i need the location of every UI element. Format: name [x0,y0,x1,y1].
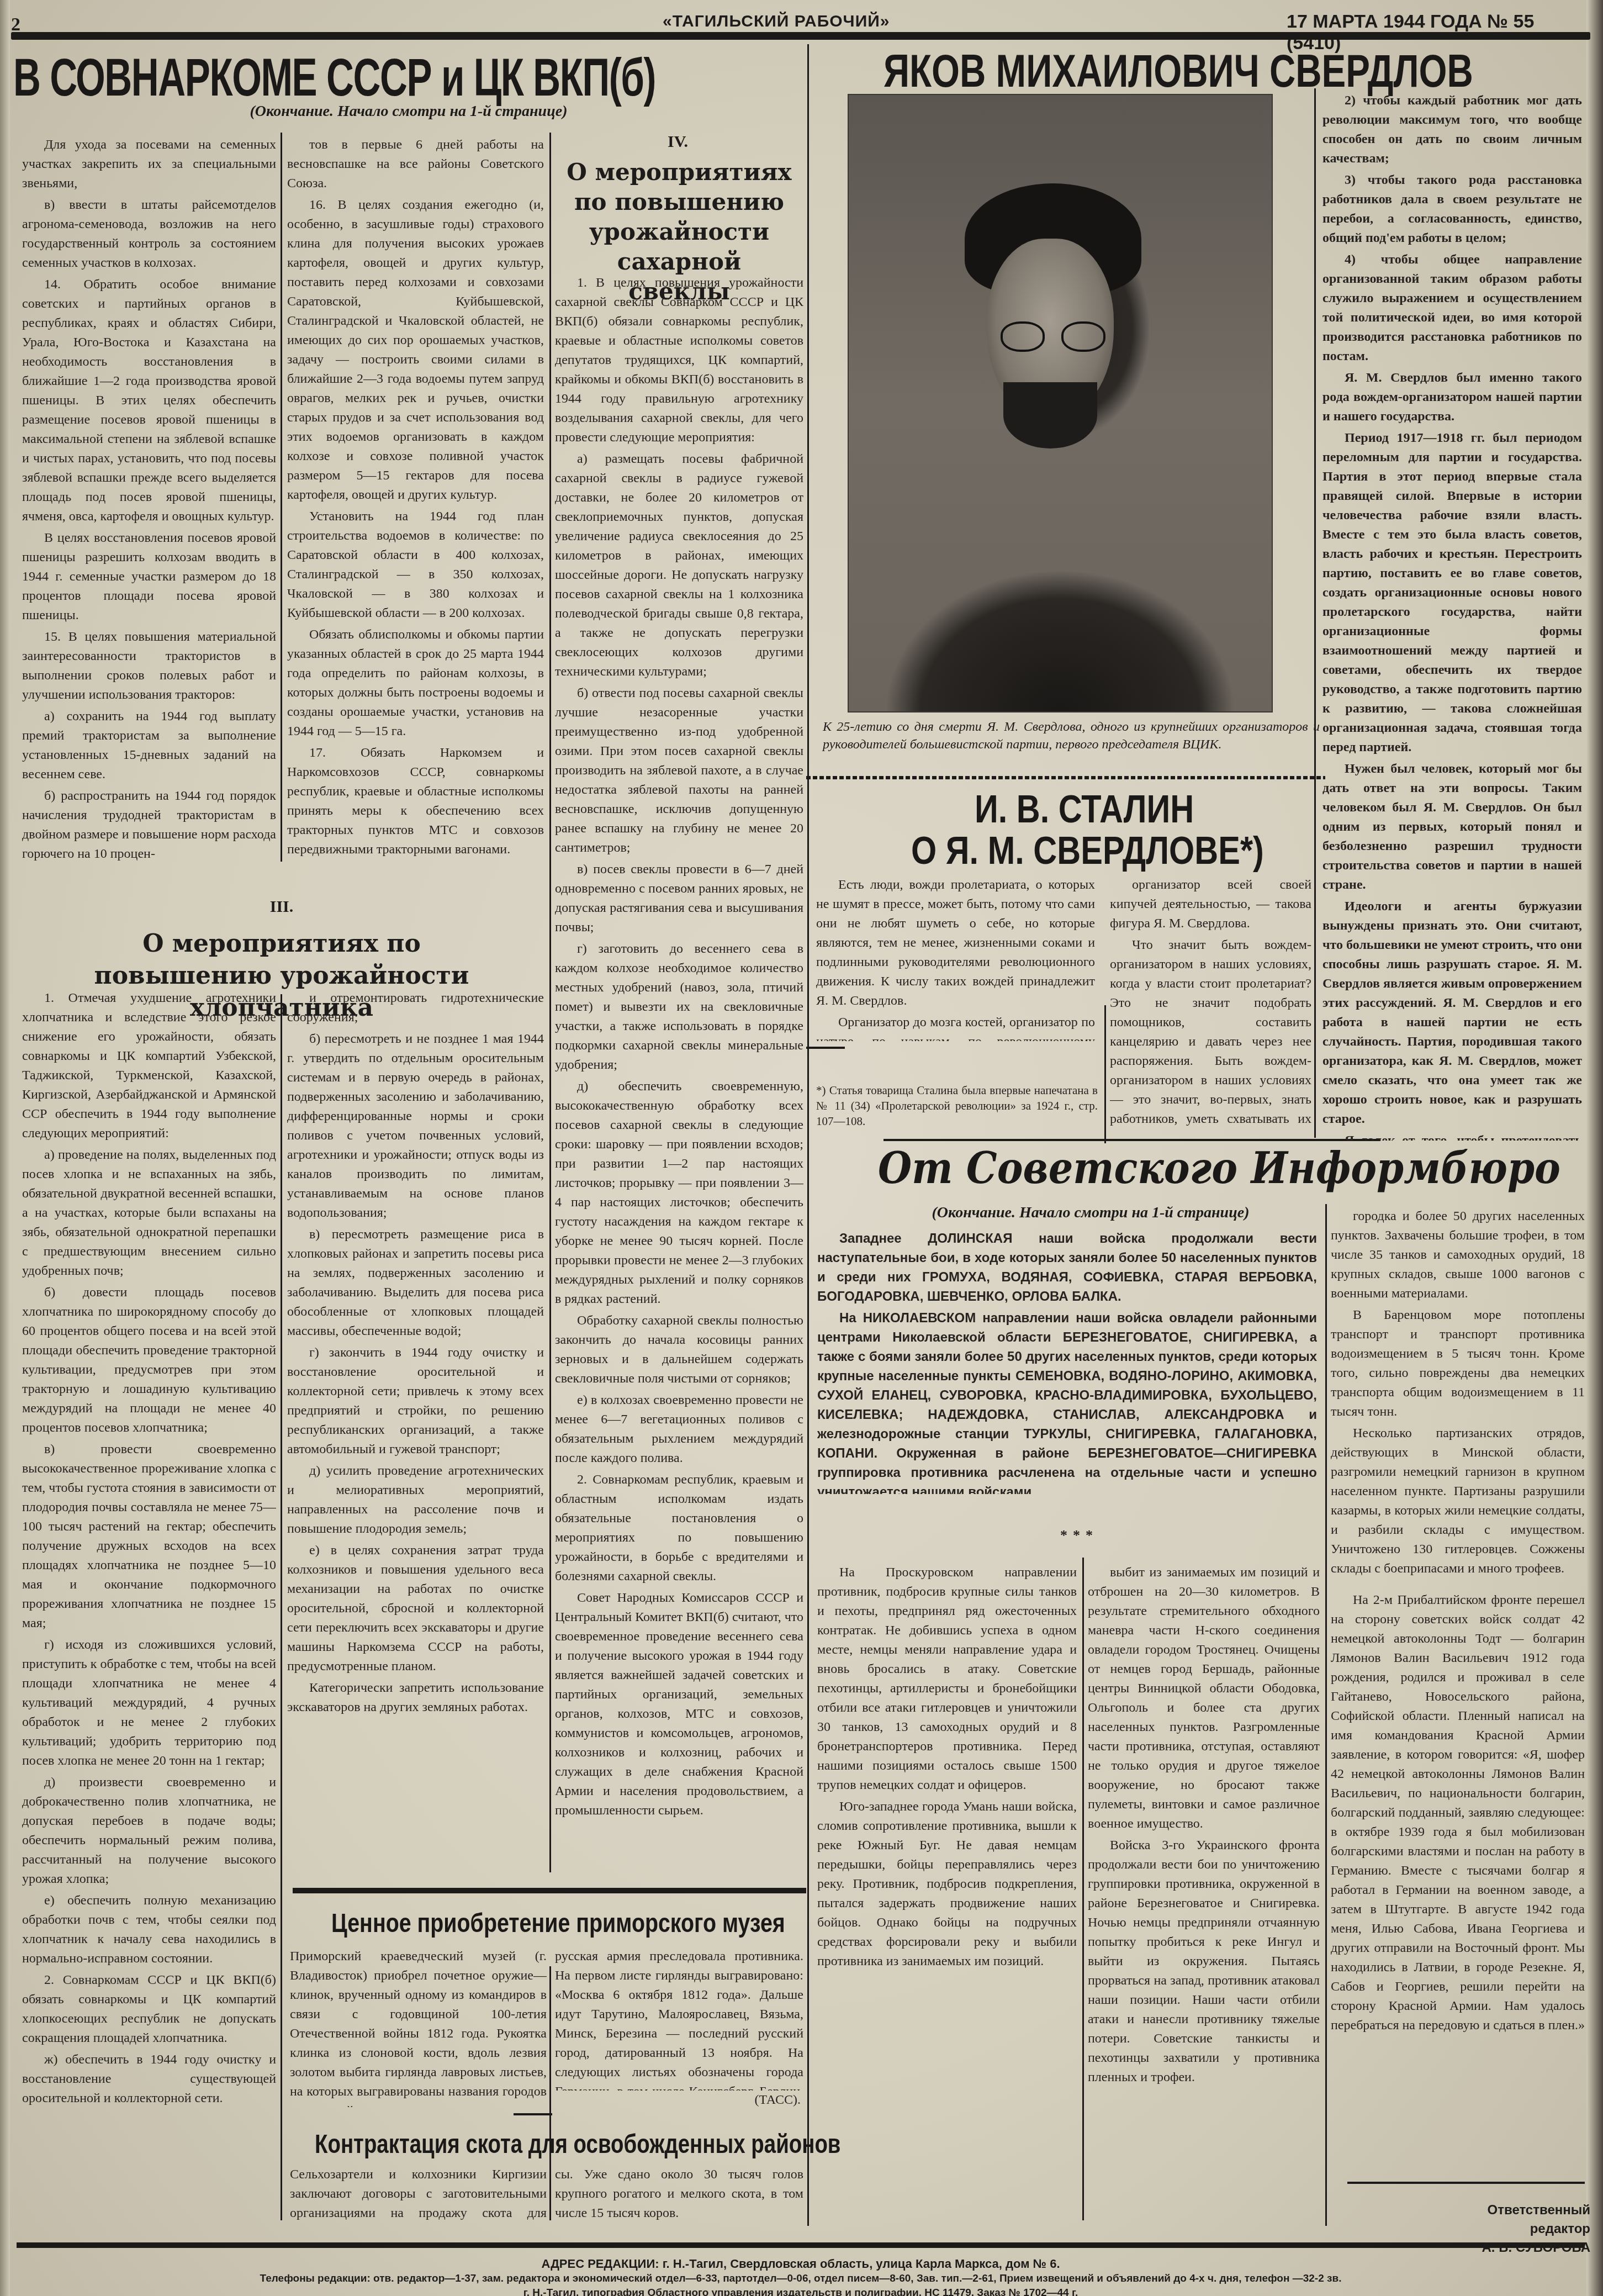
paragraph: Есть люди, вожди пролетариата, о которых… [816,875,1095,1011]
footnote-rule [806,1047,845,1049]
sovinformburo-lower-col-3: На 2-м Прибалтийском фронте перешел на с… [1331,1591,1585,2176]
stalin-col-1: Есть люди, вожди пролетариата, о которых… [816,875,1095,1041]
paragraph: тов в первые 6 дней работы на весновспаш… [287,135,544,193]
column-divider [281,994,282,2220]
sovnarkom-subtitle: (Окончание. Начало смотри на 1-й страниц… [11,103,806,120]
editor-label: Ответственный редактор [1436,2201,1590,2239]
museum-col-2: русская армия преследовала противника. Н… [555,1947,803,2091]
footer-address: АДРЕС РЕДАКЦИИ: г. Н.-Тагил, Свердловска… [11,2256,1590,2272]
paragraph: Идеологи и агенты буржуазии вынуждены пр… [1322,897,1582,1129]
section-rule [293,1888,806,1893]
paragraph: б) отвести под посевы сахарной свеклы лу… [555,684,803,858]
paragraph: 17. Обязать Наркомзем и Наркомсовхозов С… [287,743,544,859]
paragraph: организатор всей своей кипучей деятельно… [1110,875,1311,933]
paragraph: Нужен был человек, который мог бы дать о… [1322,759,1582,895]
footer: АДРЕС РЕДАКЦИИ: г. Н.-Тагил, Свердловска… [11,2256,1590,2296]
editor-signature: Ответственный редактор А. В. СУВОРОВА [1436,2201,1590,2257]
column-divider [1314,88,1316,1138]
photo-caption: К 25-летию со дня смерти Я. М. Свердлова… [823,718,1320,753]
paragraph: Что значит быть вождем-организатором в н… [1110,936,1311,1135]
paragraph: 14. Обратить особое внимание советских и… [22,275,276,526]
sovinformburo-headline: От Советского Информбюро [878,1143,1560,1194]
paragraph: г) исходя из сложившихся условий, присту… [22,1635,276,1771]
paragraph: 3) чтобы такого рода расстановка работни… [1322,171,1582,248]
column-divider [1082,1558,1084,2220]
paragraph: Установить на 1944 год план строительств… [287,507,544,623]
paragraph: 15. В целях повышения материальной заинт… [22,627,276,705]
stalin-headline-1: И. В. СТАЛИН [975,787,1194,831]
paragraph: е) в целях сохранения затрат труда колхо… [287,1541,544,1676]
paragraph: Несколько партизанских отрядов, действую… [1331,1424,1585,1579]
column-divider [549,1966,551,2220]
museum-source: (ТАСС). [734,2091,801,2110]
paragraph: в) провести своевременно высококачествен… [22,1440,276,1633]
portrait-beard [1003,382,1097,448]
paragraph: в) посев свеклы провести в 6—7 дней одно… [555,860,803,937]
paragraph: В Баренцовом море потоплены транспорт и … [1331,1306,1585,1422]
section-number: III. [11,898,552,916]
paragraph: Я далек от того, чтобы претендовать на п… [1322,1131,1582,1141]
paragraph: д) обеспечить своевременную, высококачес… [555,1077,803,1309]
paragraph: а) размещать посевы фабричной сахарной с… [555,450,803,682]
sovinformburo-subtitle: (Окончание. Начало смотри на 1-й страниц… [861,1204,1320,1222]
paragraph: На НИКОЛАЕВСКОМ направлении наши войска … [817,1308,1317,1494]
paragraph: Я. М. Свердлов был именно такого рода во… [1322,368,1582,426]
stalin-col-2: организатор всей своей кипучей деятельно… [1110,875,1311,1135]
livestock-col-1: Сельхозартели и колхозники Киргизии закл… [290,2165,547,2226]
paragraph: городка и более 50 других населенных пун… [1331,1207,1585,1303]
page-edge-shadow [1586,0,1603,2296]
paragraph: в) ввести в штаты райсемотделов агронома… [22,196,276,273]
paragraph: а) сохранить на 1944 год выплату премий … [22,707,276,784]
footer-phones: Телефоны редакции: отв. редактор—1-37, з… [11,2272,1590,2286]
section-stars: *** [1060,1527,1098,1544]
column-divider [1104,1005,1106,1143]
stalin-headline-2: О Я. М. СВЕРДЛОВЕ*) [911,828,1264,873]
paragraph: г) закончить в 1944 году очистку и восст… [287,1343,544,1459]
paragraph: 2. Совнаркомам республик, краевым и обла… [555,1470,803,1586]
paragraph: Для ухода за посевами на семенных участк… [22,135,276,193]
paragraph: а) проведение на полях, выделенных под п… [22,1146,276,1281]
newspaper-page: 2 «ТАГИЛЬСКИЙ РАБОЧИЙ» 17 МАРТА 1944 ГОД… [0,0,1603,2296]
column-divider [281,133,282,862]
page-edge-shadow [0,0,10,2296]
sugar-beet-col: 1. В целях повышения урожайности сахарно… [555,273,803,1886]
footer-rule [17,2242,1585,2248]
paragraph: Юго-западнее города Умань наши войска, с… [817,1797,1077,1971]
footer-printer: г. Н.-Тагил, типография Областного управ… [11,2286,1590,2296]
paragraph: ж) обеспечить в 1944 году очистку и восс… [22,2050,276,2108]
paragraph: Совет Народных Комиссаров СССР и Централ… [555,1588,803,1820]
paragraph: 2) чтобы каждый работник мог дать револю… [1322,91,1582,168]
paragraph: В целях восстановления посевов яровой пш… [22,529,276,625]
paragraph: 2. Совнаркомам СССР и ЦК ВКП(б) обязать … [22,1971,276,2048]
wavy-rule [806,776,1325,779]
cotton-col-2: и отремонтировать гидротехнические соору… [287,989,544,1883]
section-rule [1347,2182,1585,2184]
column-divider [1325,1204,1327,2226]
paragraph: г) заготовить до весеннего сева в каждом… [555,939,803,1075]
editor-name: А. В. СУВОРОВА [1436,2239,1590,2257]
paragraph: 1. В целях повышения урожайности сахарно… [555,273,803,447]
section-number: IV. [552,133,803,151]
sovnarkom-col-2: тов в первые 6 дней работы на весновспаш… [287,135,544,864]
museum-col-1: Приморский краеведческий музей (г. Влади… [290,1947,547,2107]
cotton-col-1: 1. Отмечая ухудшение агротехники хлопчат… [22,989,276,2220]
paragraph: Обязать облисполкомы и обкомы партии ука… [287,625,544,741]
livestock-headline: Контрактация скота для освобожденных рай… [315,2129,840,2160]
paragraph: Организатор до мозга костей, организатор… [816,1013,1095,1041]
paragraph: 16. В целях создания ежегодно (и, особен… [287,196,544,505]
column-divider [549,133,551,1872]
paragraph: Категорически запретить использование эк… [287,1679,544,1717]
sovnarkom-col-1: Для ухода за посевами на семенных участк… [22,135,276,864]
paragraph: б) распространить на 1944 год порядок на… [22,787,276,864]
paragraph: 1. Отмечая ухудшение агротехники хлопчат… [22,989,276,1143]
sverdlov-right-col: 2) чтобы каждый работник мог дать револю… [1322,91,1582,1141]
paragraph: Период 1917—1918 гг. был периодом перело… [1322,429,1582,757]
paragraph: На 2-м Прибалтийском фронте перешел на с… [1331,1591,1585,2035]
museum-headline: Ценное приобретение приморского музея [331,1908,785,1939]
paragraph: и отремонтировать гидротехнические соору… [287,989,544,1027]
sovinformburo-right-top: городка и более 50 других населенных пун… [1331,1207,1585,1582]
paragraph: е) обеспечить полную механизацию обработ… [22,1891,276,1968]
paragraph: е) в колхозах своевременно провести не м… [555,1391,803,1468]
sovinformburo-lower-col-2: выбит из занимаемых им позиций и отброше… [1088,1563,1320,2220]
paragraph: б) пересмотреть и не позднее 1 мая 1944 … [287,1030,544,1223]
sovinformburo-lower-col-1: На Проскуровском направлении противник, … [817,1563,1077,2220]
paragraph: На Проскуровском направлении противник, … [817,1563,1077,1795]
paragraph: 4) чтобы общее направление организованно… [1322,250,1582,366]
sovnarkom-headline: В СОВНАРКОМЕ СССР и ЦК ВКП(б) [13,47,655,108]
short-rule [514,2113,552,2115]
masthead-rule [11,32,1590,40]
sovinformburo-main: Западнее ДОЛИНСКАЯ наши войска продолжал… [817,1229,1317,1494]
sverdlov-headline: ЯКОВ МИХАИЛОВИЧ СВЕРДЛОВ [883,44,1473,98]
paragraph: д) усилить проведение агротехнических и … [287,1461,544,1539]
paragraph: д) произвести своевременно и доброкачест… [22,1773,276,1889]
paragraph: Войска 3-го Украинского фронта продолжал… [1088,1836,1320,2087]
paragraph: б) довести площадь посевов хлопчатника п… [22,1283,276,1438]
paragraph: Установить, что при выполнении норм с пр… [287,862,544,864]
portrait-glasses [1001,321,1105,352]
paragraph: выбит из занимаемых им позиций и отброше… [1088,1563,1320,1834]
livestock-col-2: сы. Уже сдано около 30 тысяч голов крупн… [555,2165,803,2226]
column-divider [807,44,809,2226]
stalin-footnote: *) Статья товарища Сталина была впервые … [816,1083,1098,1143]
paragraph: Западнее ДОЛИНСКАЯ наши войска продолжал… [817,1229,1317,1306]
paragraph: Обработку сахарной свеклы полностью зако… [555,1311,803,1389]
paragraph: в) пересмотреть размещение риса в хлопко… [287,1225,544,1341]
sverdlov-portrait-photo [848,94,1273,712]
paper-name: «ТАГИЛЬСКИЙ РАБОЧИЙ» [663,12,890,31]
